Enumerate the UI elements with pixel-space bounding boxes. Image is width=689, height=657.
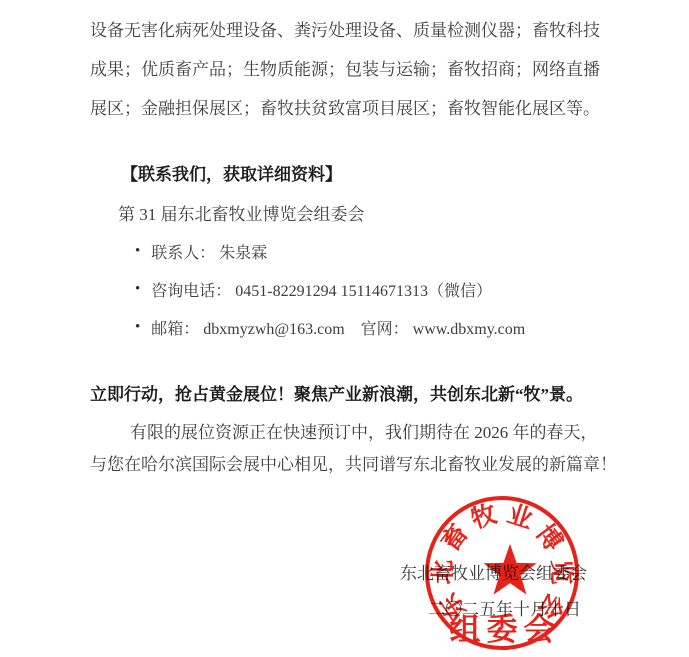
seal-arc-char: 畜 [435,518,474,557]
contact-person-item: • 联系人： 朱泉霖 [135,240,267,263]
seal-bottom-text: 组委会 [429,604,575,649]
bullet-icon: • [135,243,140,260]
committee-name-line: 第 31 届东北畜牧业博览会组委会 [118,200,365,225]
seal-arc-char: 北 [429,557,458,586]
intro-line: 成果；优质畜产品；生物质能源；包装与运输；畜牧招商；网络直播 [90,50,600,89]
intro-paragraph: 设备无害化病死处理设备、粪污处理设备、质量检测仪器；畜牧科技 成果；优质畜产品；… [90,11,600,128]
seal-arc-char: 牧 [466,499,501,534]
contact-section-header: 【联系我们，获取详细资料】 [121,160,342,185]
call-to-action-line: 立即行动，抢占黄金展位！聚焦产业新浪潮，共创东北新“牧”景。 [90,380,583,405]
official-seal: 东北畜牧业博览会 组委会 [425,496,579,650]
phone-item: • 咨询电话： 0451-82291294 15114671313（微信） [135,278,492,301]
email-website-item: • 邮箱： dbxmyzwh@163.com 官网： www.dbxmy.com [135,316,525,339]
phone-text: 咨询电话： 0451-82291294 15114671313（微信） [151,278,492,301]
bullet-icon: • [135,281,140,298]
closing-line: 有限的展位资源正在快速预订中，我们期待在 2026 年的春天， [130,418,598,443]
seal-arc-char: 业 [502,499,537,534]
contact-person-text: 联系人： 朱泉霖 [151,240,267,263]
seal-arc-char: 览 [547,557,576,586]
intro-line: 展区；金融担保展区；畜牧扶贫致富项目展区；畜牧智能化展区等。 [90,89,600,128]
bullet-icon: • [135,319,140,336]
closing-line: 与您在哈尔滨国际会展中心相见，共同谱写东北畜牧业发展的新篇章！ [90,450,617,475]
email-website-text: 邮箱： dbxmyzwh@163.com 官网： www.dbxmy.com [151,316,525,339]
intro-line: 设备无害化病死处理设备、粪污处理设备、质量检测仪器；畜牧科技 [90,11,600,50]
star-icon [482,543,538,597]
